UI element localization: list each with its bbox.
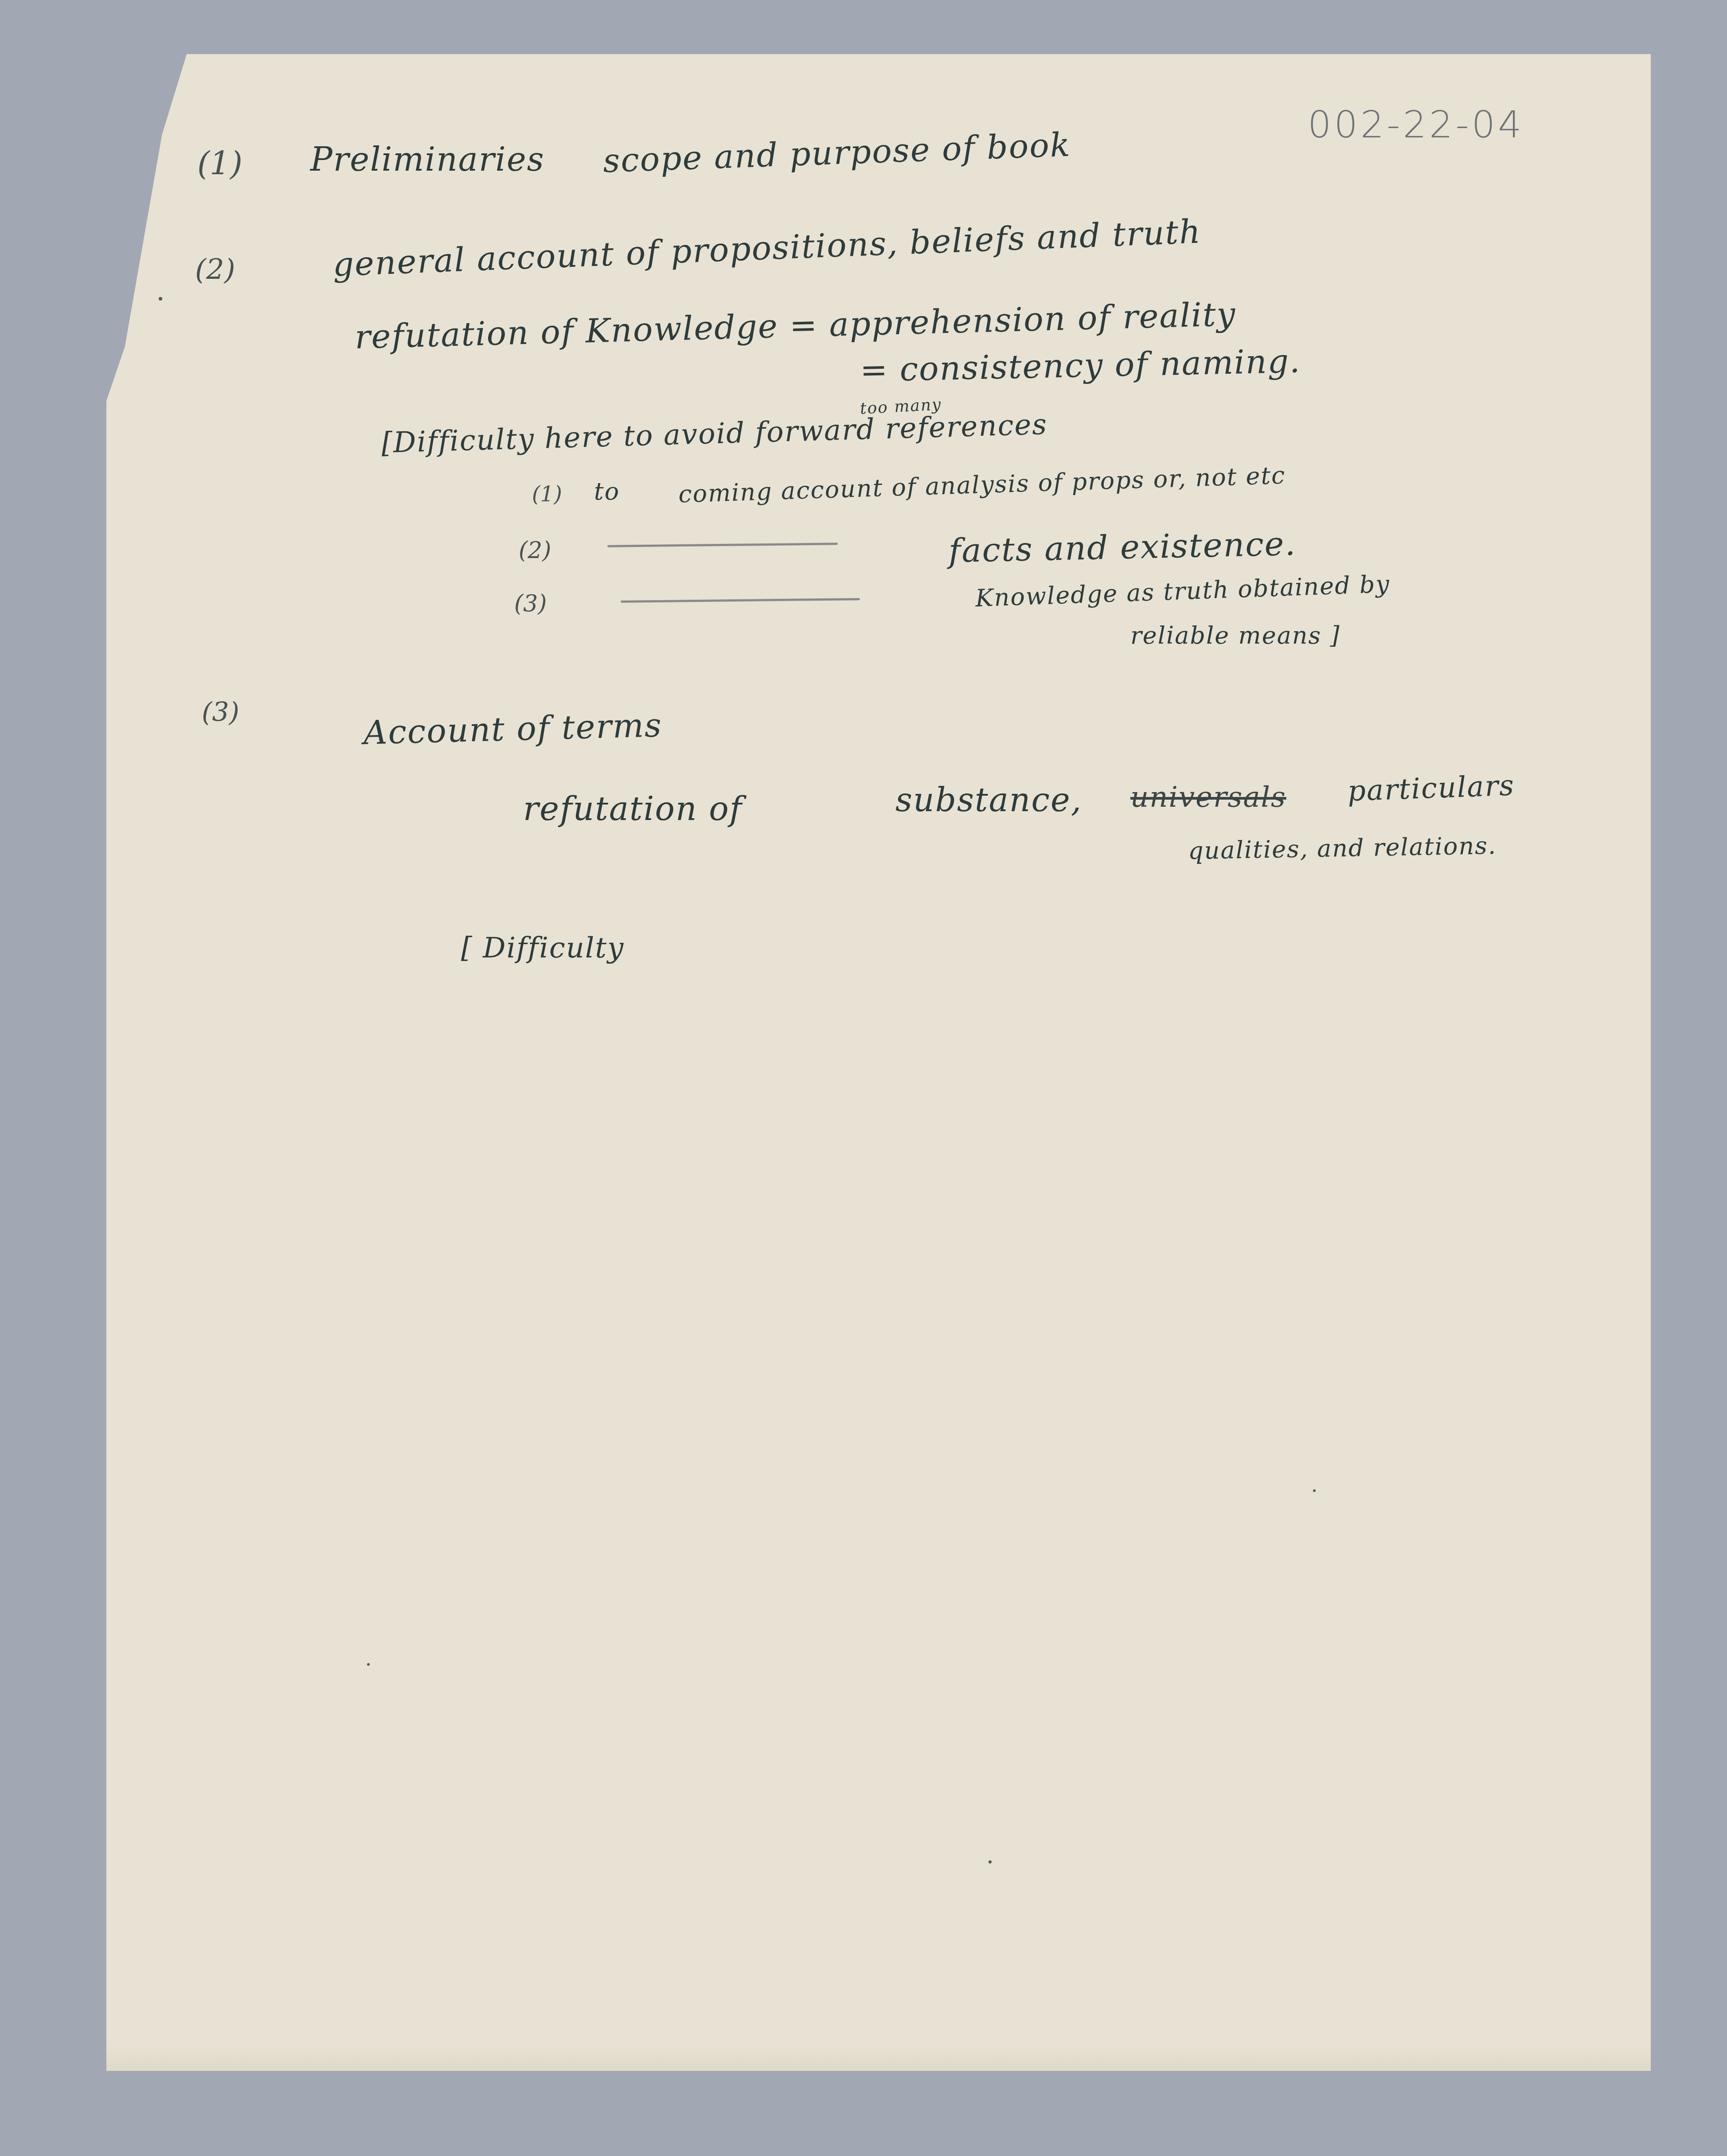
section-3-line-after: particulars <box>1347 769 1515 808</box>
ditto-line-2 <box>607 543 838 547</box>
section-3-line-prefix: refutation of <box>523 790 742 828</box>
manuscript-page: 002-22-04 (1) Preliminaries scope and pu… <box>106 54 1651 2071</box>
note-item-1-prefix: to <box>594 477 620 505</box>
section-2-line-2: = consistency of naming. <box>860 342 1301 390</box>
note-item-3-continuation: reliable means ] <box>1130 621 1340 649</box>
section-2-number: (2) <box>195 254 235 286</box>
section-3-number: (3) <box>202 697 239 728</box>
note-item-2-text: facts and existence. <box>948 525 1297 570</box>
ditto-line-3 <box>621 598 860 603</box>
paper-speck <box>989 1860 992 1863</box>
section-3-line-main: substance, <box>895 781 1082 819</box>
struck-universals: universals <box>1130 781 1286 814</box>
paper-speck <box>1313 1489 1316 1492</box>
section-3-heading: Account of terms <box>363 706 663 752</box>
section-3-line-continuation: qualities, and relations. <box>1188 832 1497 865</box>
section-2-heading: general account of propositions, beliefs… <box>332 212 1202 284</box>
paper-speck <box>367 1663 370 1666</box>
note-item-2-number: (2) <box>519 537 551 564</box>
note-item-3-number: (3) <box>514 590 547 617</box>
difficulty-note: [Difficulty here to avoid forward refere… <box>381 408 1048 460</box>
section-1-number: (1) <box>197 145 242 182</box>
section-1-heading: Preliminaries <box>310 141 545 179</box>
note-item-1-number: (1) <box>532 482 562 507</box>
note-item-3-text: Knowledge as truth obtained by <box>975 570 1391 613</box>
note-item-1-text: coming account of analysis of props or, … <box>678 461 1286 508</box>
trailing-difficulty: [ Difficulty <box>461 932 624 965</box>
section-1-text: scope and purpose of book <box>602 126 1071 180</box>
paper-speck <box>159 297 162 301</box>
catalog-number: 002-22-04 <box>1308 103 1524 146</box>
